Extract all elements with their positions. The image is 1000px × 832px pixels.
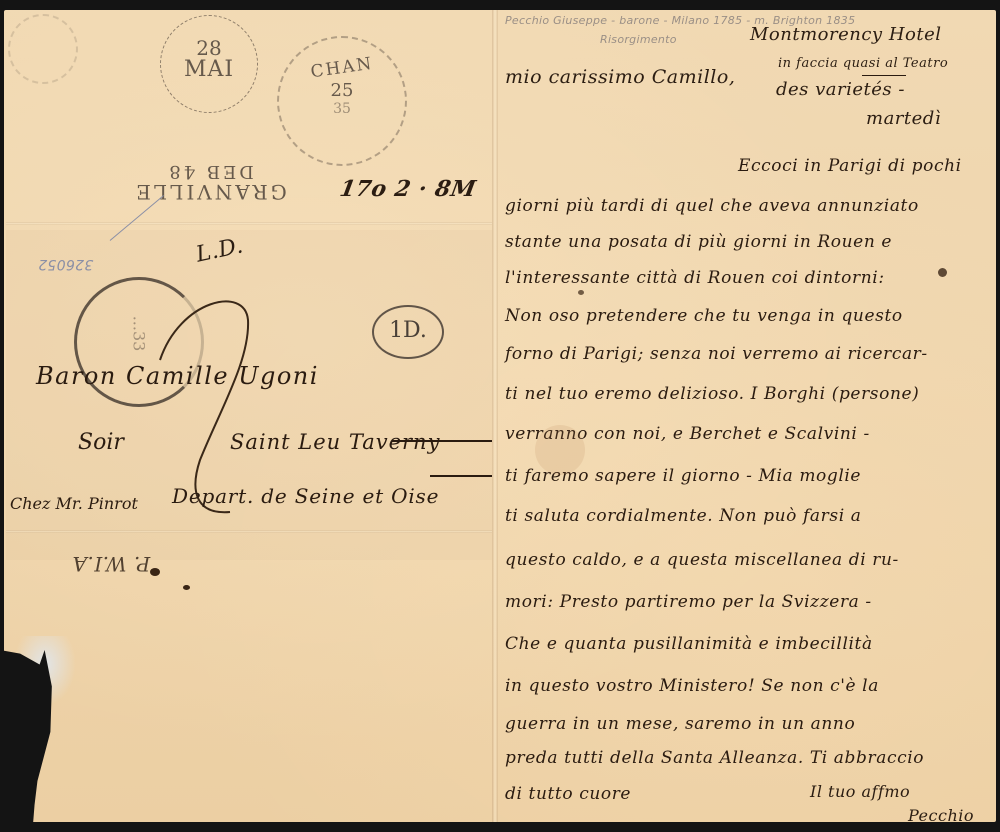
letter-line: stante una posata di più giorni in Rouen… bbox=[505, 232, 985, 252]
page-fold-divider bbox=[492, 10, 498, 822]
horizontal-fold-lower bbox=[6, 530, 492, 533]
postmark-month: MAI bbox=[161, 58, 257, 81]
letter-place: Montmorency Hotel bbox=[750, 24, 942, 45]
letter-signature: Pecchio bbox=[908, 806, 974, 825]
letter-closing: Il tuo affmo bbox=[810, 782, 910, 801]
upside-postmark-line2: DEB 48 bbox=[130, 162, 290, 180]
letter-salutation: mio carissimo Camillo, bbox=[505, 66, 735, 88]
upside-postmark-line1: GRANVILLE bbox=[130, 182, 290, 202]
postmark-day: 28 bbox=[161, 38, 257, 58]
address-underline bbox=[392, 440, 492, 442]
rate-marks: 17o 2 · 8M bbox=[338, 176, 478, 202]
water-stain bbox=[535, 425, 585, 475]
address-recipient: Baron Camille Ugoni bbox=[36, 362, 319, 390]
letter-line: preda tutti della Santa Alleanza. Ti abb… bbox=[505, 748, 985, 768]
postmark-town-year: 35 bbox=[279, 101, 405, 117]
letter-line: Eccoci in Parigi di pochi bbox=[738, 156, 1000, 176]
archival-note-line2: Risorgimento bbox=[600, 33, 677, 46]
faint-postmark bbox=[8, 14, 78, 84]
bottom-ink-marks: P. W.I.A bbox=[72, 552, 150, 576]
address-town: Saint Leu Taverny bbox=[230, 430, 440, 454]
pencil-catalog-code: 326052 bbox=[38, 256, 93, 272]
ink-blot bbox=[578, 290, 584, 295]
letter-line: ti nel tuo eremo delizioso. I Borghi (pe… bbox=[505, 384, 985, 404]
address-care-of: Chez Mr. Pinrot bbox=[10, 494, 138, 513]
letter-place-note: in faccia quasi al Teatro bbox=[778, 56, 948, 71]
letter-day: martedì bbox=[866, 108, 941, 129]
address-department: Depart. de Seine et Oise bbox=[172, 484, 439, 508]
letter-line: guerra in un mese, saremo in un anno bbox=[505, 714, 985, 734]
letter-line: giorni più tardi di quel che aveva annun… bbox=[505, 196, 985, 216]
letter-line: Non oso pretendere che tu venga in quest… bbox=[505, 306, 985, 326]
town-postmark: CHAN 25 35 bbox=[277, 36, 407, 166]
ink-blot bbox=[150, 568, 160, 576]
oval-postmark-text: 1D. bbox=[374, 307, 442, 355]
letter-place-note-2: des varietés - bbox=[776, 79, 905, 100]
upside-down-postmark: GRANVILLE DEB 48 bbox=[130, 162, 290, 202]
letter-line: di tutto cuore bbox=[505, 784, 985, 804]
letter-line: forno di Parigi; senza noi verremo ai ri… bbox=[505, 344, 985, 364]
ink-blot bbox=[183, 585, 190, 590]
oval-postmark: 1D. bbox=[372, 305, 444, 359]
address-soir: Soir bbox=[78, 430, 124, 455]
letter-line: in questo vostro Ministero! Se non c'è l… bbox=[505, 676, 985, 696]
letter-line: questo caldo, e a questa miscellanea di … bbox=[505, 550, 985, 570]
letter-line: ti saluta cordialmente. Non può farsi a bbox=[505, 506, 985, 526]
letter-line: ti faremo sapere il giorno - Mia moglie bbox=[505, 466, 985, 486]
letter-line: Che e quanta pusillanimità e imbecillità bbox=[505, 634, 985, 654]
horizontal-fold-upper bbox=[6, 222, 492, 225]
place-note-underline bbox=[862, 75, 906, 76]
letter-line: mori: Presto partiremo per la Svizzera - bbox=[505, 592, 985, 612]
address-underline-2 bbox=[430, 475, 492, 477]
date-postmark: 28 MAI bbox=[160, 15, 258, 113]
letter-line: l'interessante città di Rouen coi dintor… bbox=[505, 268, 985, 288]
ink-blot bbox=[938, 268, 947, 277]
